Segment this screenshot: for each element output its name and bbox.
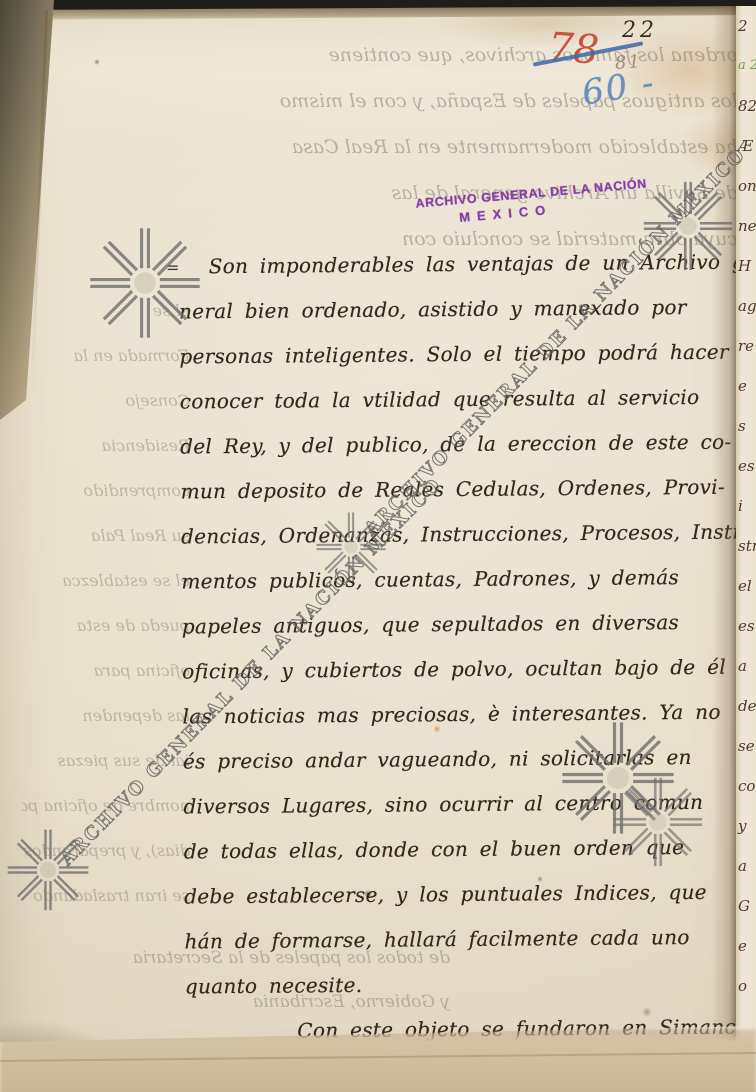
bleedthrough-line: ha establecido modernamente en la Real C…: [42, 124, 738, 170]
adjacent-page-fragment: re: [736, 326, 756, 366]
adjacent-page-fragment: el: [736, 566, 756, 606]
adjacent-page-fragment: co: [736, 766, 756, 806]
manuscript-line: mun deposito de Reales Cedulas, Ordenes,…: [180, 465, 742, 515]
bleedthrough-fragment: Consejo: [22, 378, 190, 423]
red-crayon-number: 78: [546, 24, 600, 73]
manuscript-line: papeles antiguos, que sepultados en dive…: [182, 600, 744, 650]
adjacent-page-fragment: s: [736, 406, 756, 446]
bleedthrough-fragment: oficina para: [22, 648, 190, 693]
agn-ink-stamp: ARCHIVO GENERAL DE LA NACIÓN MEXICO: [415, 181, 595, 228]
bleedthrough-fragment: su Real Pala: [22, 513, 190, 558]
adjacent-page-fragment: a 2: [736, 46, 756, 86]
adjacent-page-fragment: H: [736, 246, 756, 286]
bleedthrough-fragment: dias), y preparandos: [22, 828, 190, 873]
scanned-manuscript-page: ordena los famosos archivos, que contien…: [0, 0, 756, 1092]
adjacent-page-fragment: 2: [736, 6, 756, 46]
gutter-crease: [712, 6, 736, 1052]
adjacent-page-fragment: ne: [736, 206, 756, 246]
bleedthrough-left-margin-text: el seFormada en laConsejoResidenciacompr…: [22, 288, 190, 918]
bleedthrough-fragment: el se establezca: [22, 558, 190, 603]
bleedthrough-fragment: Formada en la: [22, 333, 190, 378]
folio-number: 22: [622, 18, 658, 43]
adjacent-page-fragment: i: [736, 486, 756, 526]
adjacent-page-strip: 2a 282ÆonneHagreesesistruelesadesecoyaGe…: [736, 6, 756, 1092]
adjacent-page-fragment: ag: [736, 286, 756, 326]
adjacent-page-fragment: e: [736, 366, 756, 406]
bleedthrough-fragment: ial de sus piezas: [22, 738, 190, 783]
adjacent-page-fragment: es: [736, 446, 756, 486]
manuscript-line: quanto necesite.: [185, 960, 747, 1010]
bleedthrough-fragment: las dependen: [22, 693, 190, 738]
pencil-number: 81: [614, 51, 642, 74]
adjacent-page-fragment: y: [736, 806, 756, 846]
adjacent-page-fragment: G: [736, 886, 756, 926]
manuscript-line: mentos publicos, cuentas, Padrones, y de…: [181, 555, 743, 605]
bleedthrough-fragment: Residencia: [22, 423, 190, 468]
adjacent-page-fragment: stru: [736, 526, 756, 566]
manuscript-line: dencias, Ordenanzas, Instrucciones, Proc…: [181, 510, 743, 560]
manuscript-line: neral bien ordenado, asistido y manexado…: [179, 285, 741, 335]
adjacent-page-fragment: de: [736, 686, 756, 726]
adjacent-page-fragment: es: [736, 606, 756, 646]
manuscript-text: Son imponderables las ventajas de un Arc…: [178, 240, 747, 1055]
adjacent-page-fragment: se: [736, 726, 756, 766]
bleedthrough-fragment: pueda de esta: [22, 603, 190, 648]
bleedthrough-fragment: comprendido: [22, 468, 190, 513]
manuscript-line: debe establecerse, y los puntuales Indic…: [184, 870, 746, 920]
adjacent-page-fragment: a: [736, 846, 756, 886]
adjacent-page-fragment: e: [736, 926, 756, 966]
manuscript-line: las noticias mas preciosas, è interesant…: [182, 690, 744, 740]
manuscript-line: de todas ellas, donde con el buen orden …: [184, 825, 746, 875]
adjacent-page-fragment: 82: [736, 86, 756, 126]
manuscript-line: Son imponderables las ventajas de un Arc…: [178, 240, 740, 290]
bleedthrough-fragment: el se: [22, 288, 190, 333]
bleedthrough-fragment: nombre de oficina pa: [22, 783, 190, 828]
manuscript-line: diversos Lugares, sino ocurrir al centro…: [183, 780, 745, 830]
margin-mark: =: [166, 258, 179, 277]
manuscript-line: és preciso andar vagueando, ni solicitar…: [183, 735, 745, 785]
bleedthrough-fragment: se iran trasladando: [22, 873, 190, 918]
manuscript-line: del Rey, y del publico, de la ereccion d…: [180, 420, 742, 470]
manuscript-line: hán de formarse, hallará facilmente cada…: [184, 915, 746, 965]
adjacent-page-fragment: Æ: [736, 126, 756, 166]
adjacent-page-fragment: a: [736, 646, 756, 686]
adjacent-page-fragment: o: [736, 966, 756, 1006]
manuscript-line: conocer toda la vtilidad que resulta al …: [180, 375, 742, 425]
manuscript-line: oficinas, y cubiertos de polvo, ocultan …: [182, 645, 744, 695]
adjacent-page-fragment: on: [736, 166, 756, 206]
paper-sheet: ordena los famosos archivos, que contien…: [0, 6, 756, 1092]
manuscript-line: personas inteligentes. Solo el tiempo po…: [179, 330, 741, 380]
